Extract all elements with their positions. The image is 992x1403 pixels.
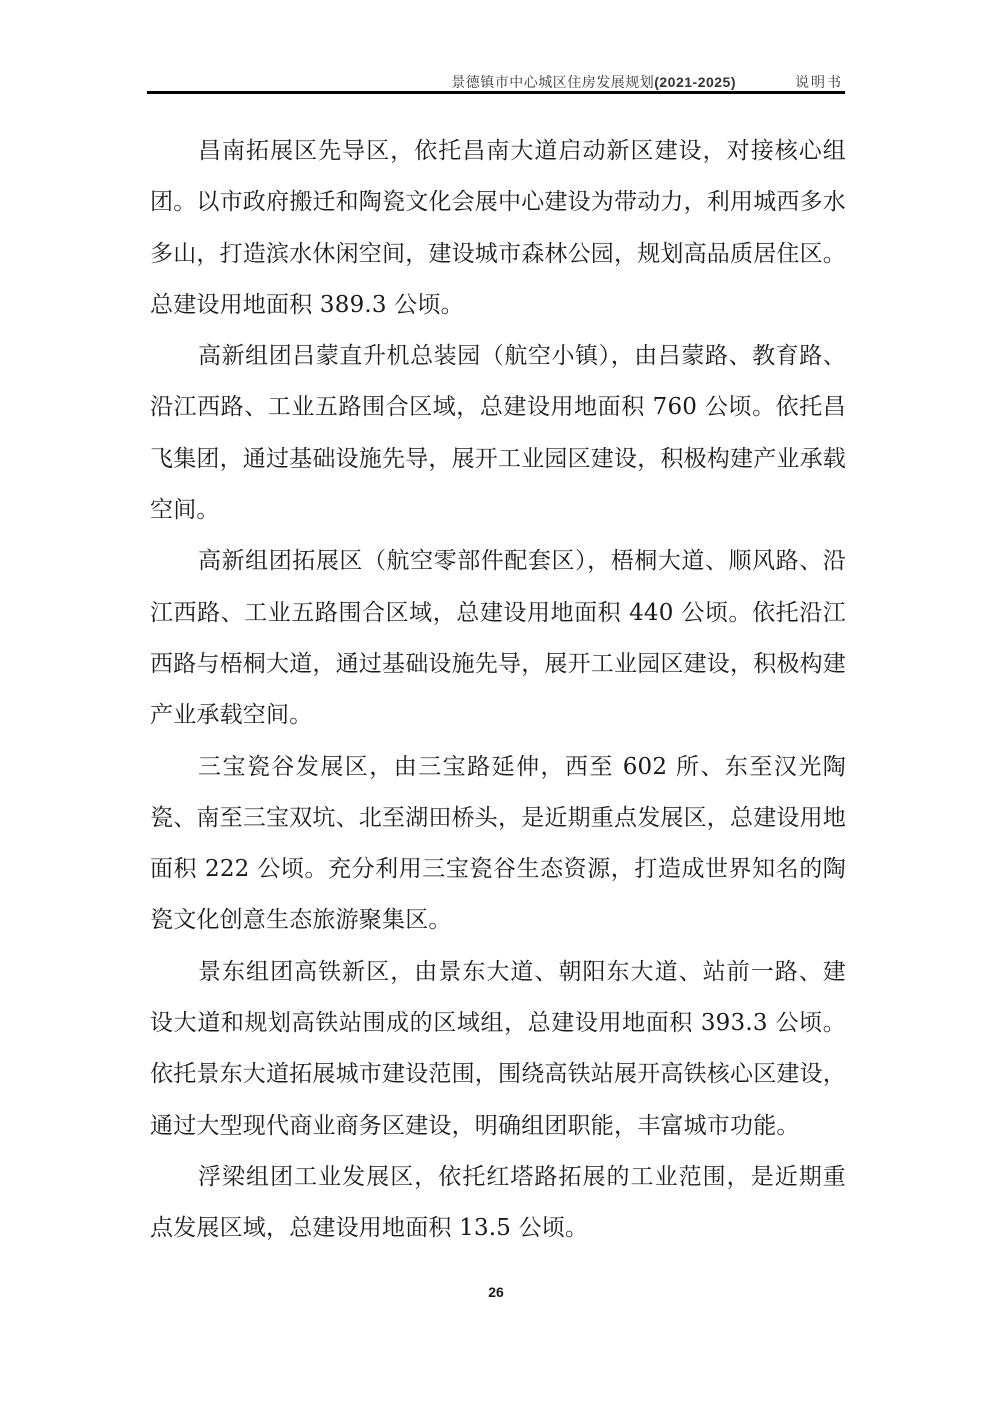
paragraph-jingdong-highspeed-rail: 景东组团高铁新区，由景东大道、朝阳东大道、站前一路、建设大道和规划高铁站围成的区…: [150, 947, 846, 1152]
body-content: 昌南拓展区先导区，依托昌南大道启动新区建设，对接核心组团。以市政府搬迁和陶瓷文化…: [150, 126, 846, 1255]
header-rule: [147, 91, 845, 94]
document-title-years: (2021-2025): [654, 74, 736, 90]
page-header: 景德镇市中心城区住房发展规划(2021-2025) 说明书: [147, 70, 845, 92]
paragraph-lvmeng-helicopter-park: 高新组团吕蒙直升机总装园（航空小镇），由吕蒙路、教育路、沿江西路、工业五路围合区…: [150, 331, 846, 536]
paragraph-changnan: 昌南拓展区先导区，依托昌南大道启动新区建设，对接核心组团。以市政府搬迁和陶瓷文化…: [150, 126, 846, 331]
document-title: 景德镇市中心城区住房发展规划(2021-2025): [451, 72, 736, 92]
paragraph-sanbao-valley: 三宝瓷谷发展区，由三宝路延伸，西至 602 所、东至汉光陶瓷、南至三宝双坑、北至…: [150, 742, 846, 947]
document-title-text: 景德镇市中心城区住房发展规划: [451, 75, 654, 91]
paragraph-gaoxin-expansion: 高新组团拓展区（航空零部件配套区），梧桐大道、顺风路、沿江西路、工业五路围合区域…: [150, 536, 846, 741]
paragraph-fuliang-industrial: 浮梁组团工业发展区，依托红塔路拓展的工业范围，是近期重点发展区域，总建设用地面积…: [150, 1152, 846, 1255]
section-label: 说明书: [795, 72, 843, 92]
page-number: 26: [0, 1284, 992, 1300]
